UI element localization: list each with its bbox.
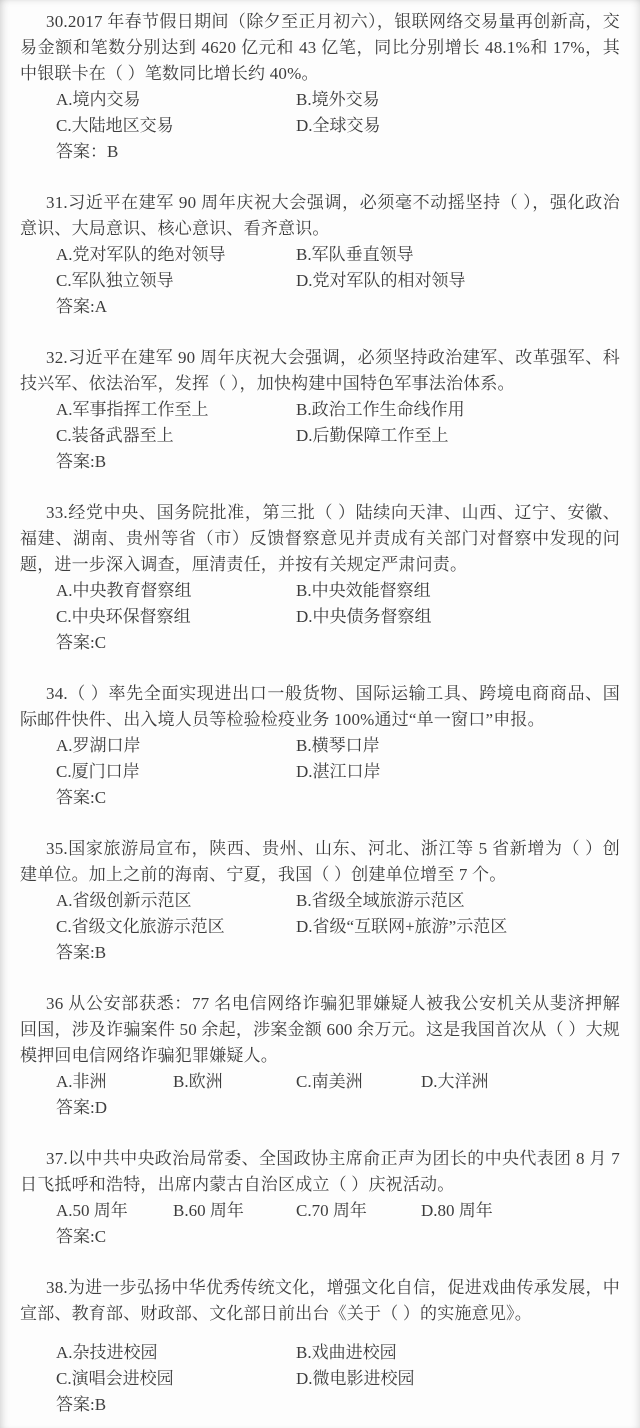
options: A.省级创新示范区B.省级全域旅游示范区C.省级文化旅游示范区D.省级“互联网+…: [56, 888, 620, 940]
option-A: A.省级创新示范区: [56, 888, 296, 914]
question-block-33: 33.经党中央、国务院批准，第三批（ ）陆续向天津、山西、辽宁、安徽、福建、湖南…: [20, 500, 620, 656]
question-text: 36 从公安部获悉：77 名电信网络诈骗犯罪嫌疑人被我公安机关从斐济押解回国，涉…: [20, 991, 620, 1069]
question-text: 30.2017 年春节假日期间（除夕至正月初六），银联网络交易量再创新高，交易金…: [20, 9, 620, 87]
option-A: A.军事指挥工作至上: [56, 397, 296, 423]
option-A: A.非洲: [56, 1069, 173, 1095]
option-D: D.湛江口岸: [296, 759, 620, 785]
option-D: D.全球交易: [296, 113, 620, 139]
answer-line: 答案:B: [56, 940, 620, 966]
option-D: D.党对军队的相对领导: [296, 268, 620, 294]
question-block-31: 31.习近平在建军 90 周年庆祝大会强调，必须毫不动摇坚持（ ），强化政治意识…: [20, 190, 620, 320]
question-list: 30.2017 年春节假日期间（除夕至正月初六），银联网络交易量再创新高，交易金…: [20, 9, 620, 1418]
option-B: B.政治工作生命线作用: [296, 397, 620, 423]
option-C: C.军队独立领导: [56, 268, 296, 294]
option-C: C.演唱会进校园: [56, 1366, 296, 1392]
option-B: B.戏曲进校园: [296, 1340, 620, 1366]
answer-line: 答案：B: [56, 139, 620, 165]
options: A.非洲B.欧洲C.南美洲D.大洋洲: [56, 1069, 620, 1095]
option-D: D.省级“互联网+旅游”示范区: [296, 914, 620, 940]
question-block-36: 36 从公安部获悉：77 名电信网络诈骗犯罪嫌疑人被我公安机关从斐济押解回国，涉…: [20, 991, 620, 1121]
option-C: C.中央环保督察组: [56, 604, 296, 630]
question-block-32: 32.习近平在建军 90 周年庆祝大会强调，必须坚持政治建军、改革强军、科技兴军…: [20, 345, 620, 475]
option-D: D.中央债务督察组: [296, 604, 620, 630]
options: A.50 周年B.60 周年C.70 周年D.80 周年: [56, 1198, 620, 1224]
answer-line: 答案:B: [56, 1392, 620, 1418]
options: A.党对军队的绝对领导B.军队垂直领导C.军队独立领导D.党对军队的相对领导: [56, 242, 620, 294]
option-C: C.70 周年: [296, 1198, 421, 1224]
question-text: 32.习近平在建军 90 周年庆祝大会强调，必须坚持政治建军、改革强军、科技兴军…: [20, 345, 620, 397]
document-page: 30.2017 年春节假日期间（除夕至正月初六），银联网络交易量再创新高，交易金…: [0, 0, 640, 1428]
question-block-37: 37.以中共中央政治局常委、全国政协主席俞正声为团长的中央代表团 8 月 7 日…: [20, 1146, 620, 1250]
question-block-35: 35.国家旅游局宣布，陕西、贵州、山东、河北、浙江等 5 省新增为（ ）创建单位…: [20, 836, 620, 966]
question-text: 34.（ ）率先全面实现进出口一般货物、国际运输工具、跨境电商商品、国际邮件快件…: [20, 681, 620, 733]
options: A.境内交易B.境外交易C.大陆地区交易D.全球交易: [56, 87, 620, 139]
answer-line: 答案:D: [56, 1095, 620, 1121]
question-text: 31.习近平在建军 90 周年庆祝大会强调，必须毫不动摇坚持（ ），强化政治意识…: [20, 190, 620, 242]
options: A.军事指挥工作至上B.政治工作生命线作用C.装备武器至上D.后勤保障工作至上: [56, 397, 620, 449]
option-B: B.省级全域旅游示范区: [296, 888, 620, 914]
option-C: C.省级文化旅游示范区: [56, 914, 296, 940]
question-block-38: 38.为进一步弘扬中华优秀传统文化，增强文化自信，促进戏曲传承发展，中宣部、教育…: [20, 1275, 620, 1418]
question-text: 33.经党中央、国务院批准，第三批（ ）陆续向天津、山西、辽宁、安徽、福建、湖南…: [20, 500, 620, 578]
answer-line: 答案:C: [56, 1224, 620, 1250]
option-A: A.党对军队的绝对领导: [56, 242, 296, 268]
option-A: A.杂技进校园: [56, 1340, 296, 1366]
option-B: B.横琴口岸: [296, 733, 620, 759]
option-B: B.60 周年: [173, 1198, 296, 1224]
option-B: B.军队垂直领导: [296, 242, 620, 268]
options: A.中央教育督察组B.中央效能督察组C.中央环保督察组D.中央债务督察组: [56, 578, 620, 630]
option-C: C.装备武器至上: [56, 423, 296, 449]
question-block-30: 30.2017 年春节假日期间（除夕至正月初六），银联网络交易量再创新高，交易金…: [20, 9, 620, 165]
option-D: D.后勤保障工作至上: [296, 423, 620, 449]
option-A: A.境内交易: [56, 87, 296, 113]
option-C: C.厦门口岸: [56, 759, 296, 785]
question-text: 38.为进一步弘扬中华优秀传统文化，增强文化自信，促进戏曲传承发展，中宣部、教育…: [20, 1275, 620, 1327]
option-D: D.微电影进校园: [296, 1366, 620, 1392]
option-D: D.大洋洲: [421, 1069, 620, 1095]
answer-line: 答案:B: [56, 449, 620, 475]
option-B: B.中央效能督察组: [296, 578, 620, 604]
option-A: A.中央教育督察组: [56, 578, 296, 604]
option-D: D.80 周年: [421, 1198, 620, 1224]
options: A.罗湖口岸B.横琴口岸C.厦门口岸D.湛江口岸: [56, 733, 620, 785]
answer-line: 答案:C: [56, 785, 620, 811]
question-block-34: 34.（ ）率先全面实现进出口一般货物、国际运输工具、跨境电商商品、国际邮件快件…: [20, 681, 620, 811]
answer-line: 答案:A: [56, 294, 620, 320]
answer-line: 答案:C: [56, 630, 620, 656]
options: A.杂技进校园B.戏曲进校园C.演唱会进校园D.微电影进校园: [56, 1340, 620, 1392]
option-A: A.50 周年: [56, 1198, 173, 1224]
question-text: 37.以中共中央政治局常委、全国政协主席俞正声为团长的中央代表团 8 月 7 日…: [20, 1146, 620, 1198]
option-C: C.南美洲: [296, 1069, 421, 1095]
option-B: B.境外交易: [296, 87, 620, 113]
option-C: C.大陆地区交易: [56, 113, 296, 139]
option-A: A.罗湖口岸: [56, 733, 296, 759]
question-text: 35.国家旅游局宣布，陕西、贵州、山东、河北、浙江等 5 省新增为（ ）创建单位…: [20, 836, 620, 888]
option-B: B.欧洲: [173, 1069, 296, 1095]
